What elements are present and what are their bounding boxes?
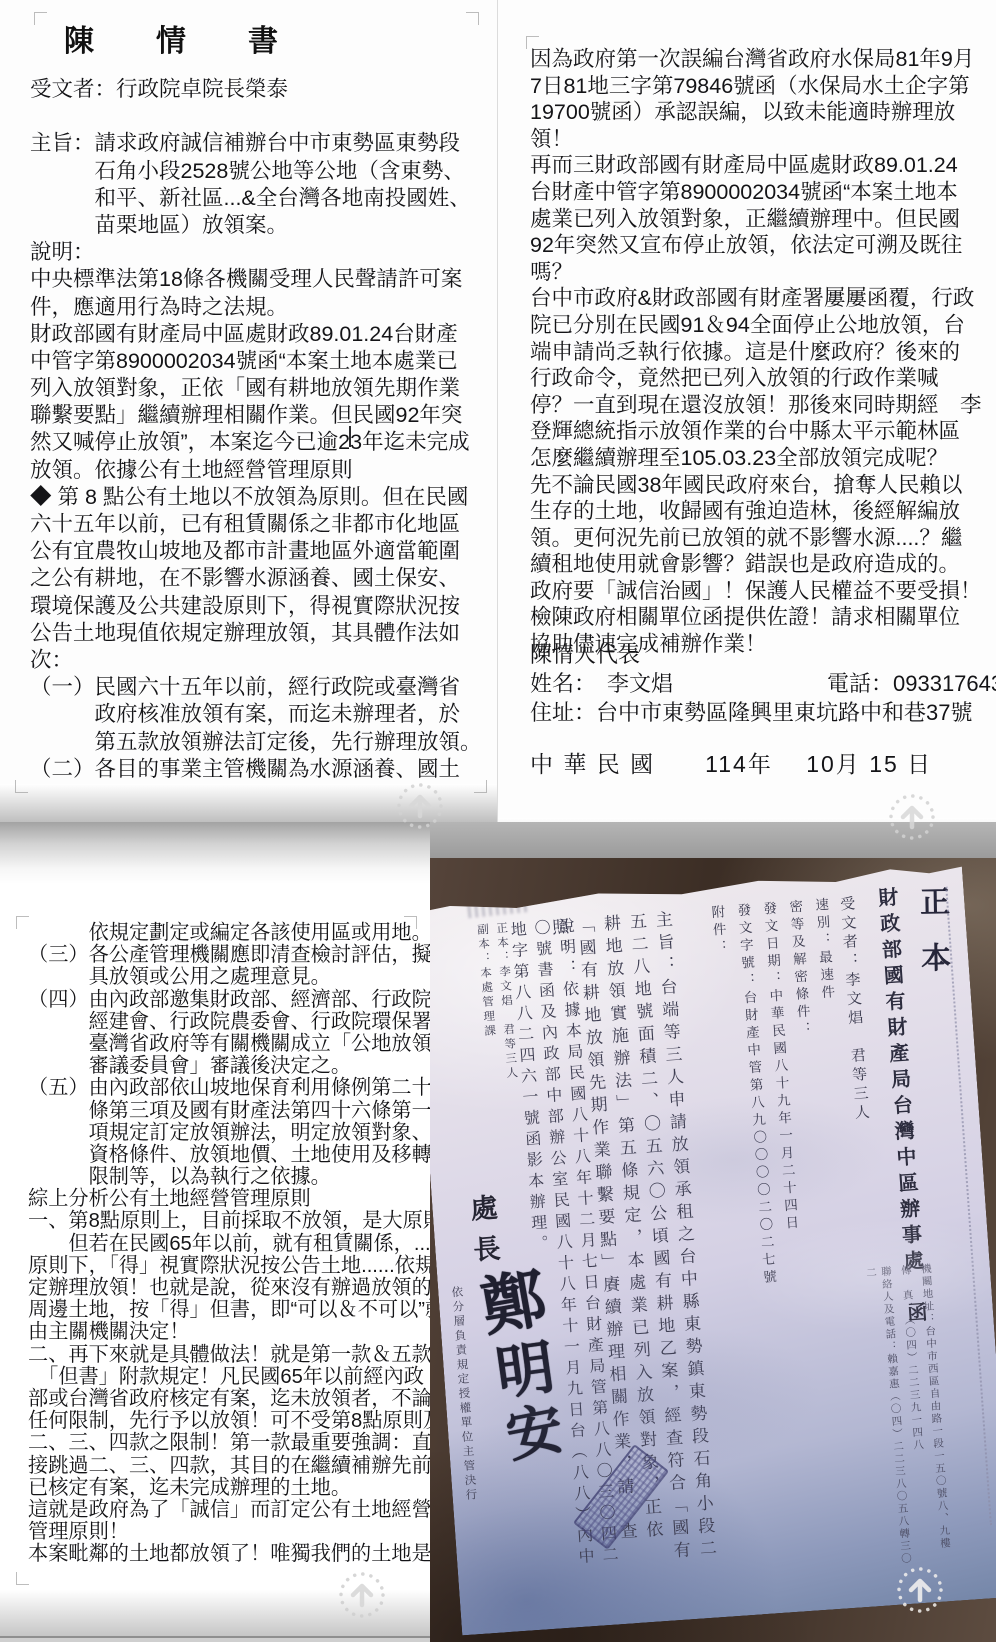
text-line: 因為政府第一次誤編台灣省政府水保局81年9月 bbox=[530, 46, 990, 73]
text-line: （一）民國六十五年以前，經行政院或臺灣省 bbox=[30, 674, 490, 701]
page-corner-mark bbox=[466, 12, 479, 25]
text-line: 經建會、行政院農委會、行政院環保署、 bbox=[28, 1011, 423, 1033]
text-line: 資格條件、放領地價、土地使用及移轉 bbox=[28, 1144, 423, 1166]
text-line: 行政命令，竟然把已列入放領的行政作業喊 bbox=[530, 365, 990, 392]
text-line: 已核定有案，迄未完成辦理的土地。 bbox=[28, 1477, 423, 1499]
petitioner-block: 陳情人代表姓名： 李文焻 電話：0933176432住址：台中市東勢區隆興里東坑… bbox=[530, 640, 990, 727]
text-line: 說明： bbox=[30, 239, 490, 266]
text-line: 19700號函）承認誤編，以致未能適時辦理放 bbox=[530, 99, 990, 126]
text-line: 依規定劃定或編定各該使用區或用地。 bbox=[28, 922, 423, 944]
delegation-note: 依分層負責規定授權單位主管決行 bbox=[448, 1285, 481, 1526]
text-line bbox=[30, 103, 490, 130]
page-corner-mark bbox=[15, 780, 28, 793]
page1-body: 受文者：行政院卓院長榮泰主旨：請求政府誠信補辦台中市東勢區東勢段 石角小段252… bbox=[30, 76, 490, 810]
text-line: 生存的土地，收歸國有強迫造林，後經解編放 bbox=[530, 498, 990, 525]
text-line: 嗎？ bbox=[530, 259, 990, 286]
up-arrow-watermark-icon bbox=[885, 790, 939, 844]
text-line: 受文者：行政院卓院長榮泰 bbox=[30, 76, 490, 103]
text-line: 檢陳政府相關單位函提供佐證！請求相關單位 bbox=[530, 604, 990, 631]
text-line: 二、三、四款之限制！第一款最重要強調：直 bbox=[28, 1432, 423, 1454]
up-arrow-watermark-icon bbox=[335, 1568, 389, 1622]
up-arrow-watermark-icon bbox=[393, 779, 447, 833]
screenshot-seam bbox=[0, 822, 430, 884]
text-line: 住址：台中市東勢區隆興里東坑路中和巷37號 bbox=[530, 698, 990, 727]
text-line: 之公有耕地，在不影響水源涵養、國土保安、 bbox=[30, 565, 490, 592]
photo-letter: 正本 財政部國有財產局台灣中區辦事處 函 機關地址：台中市西區自由路一段一五〇號… bbox=[430, 858, 996, 1642]
text-line: 再而三財政部國有財產局中區處財政89.01.24 bbox=[530, 152, 990, 179]
text-line: 次： bbox=[30, 647, 490, 674]
page-corner-mark bbox=[404, 916, 417, 929]
text-line: 政府要「誠信治國」！保護人民權益不要受損！ bbox=[530, 578, 990, 605]
text-line: 台中市政府&財政部國有財產署屢屢函覆，行政 bbox=[530, 285, 990, 312]
letter-paper: 正本 財政部國有財產局台灣中區辦事處 函 機關地址：台中市西區自由路一段一五〇號… bbox=[430, 864, 996, 1636]
page-corner-mark bbox=[474, 780, 487, 793]
text-line: 項規定訂定放領辦法，明定放領對象、 bbox=[28, 1122, 423, 1144]
text-line: 放領。依據公有土地經營管理原則 bbox=[30, 457, 490, 484]
text-cursor bbox=[349, 426, 351, 447]
text-line: 領。更何況先前已放領的就不影響水源....？繼 bbox=[530, 525, 990, 552]
text-line: 環境保護及公共建設原則下，得視實際狀況按 bbox=[30, 593, 490, 620]
text-line: 由主關機關決定！ bbox=[28, 1321, 423, 1343]
petition-page-1: 陳 情 書 受文者：行政院卓院長榮泰主旨：請求政府誠信補辦台中市東勢區東勢段 石… bbox=[0, 0, 497, 822]
text-line: 但若在民國65年以前，就有租賃關係，...... bbox=[28, 1233, 423, 1255]
page-corner-mark bbox=[526, 36, 539, 49]
page2-body: 因為政府第一次誤編台灣省政府水保局81年9月7日81地三字第79846號函（水保… bbox=[530, 46, 990, 658]
text-line: 公告土地現值依規定辦理放領，其具體作法如 bbox=[30, 620, 490, 647]
text-line: 二、再下來就是具體做法！就是第一款＆五款 bbox=[28, 1344, 423, 1366]
text-line: 然又喊停止放領”，本案迄今已逾23年迄未完成 bbox=[30, 429, 490, 456]
text-line: 條第三項及國有財產法第四十六條第一 bbox=[28, 1100, 423, 1122]
faint-ink-smudge bbox=[467, 897, 530, 918]
text-line: 怎麼繼續辦理至105.03.23全部放領完成呢？ bbox=[530, 445, 990, 472]
text-line: 六十五年以前，已有租賃關係之非都市化地區 bbox=[30, 511, 490, 538]
text-line: 臺灣省政府等有關機關成立「公地放領 bbox=[28, 1033, 423, 1055]
up-arrow-watermark-icon bbox=[893, 1563, 947, 1617]
text-line: 接跳過二、三、四款，其目的在繼續補辦先前 bbox=[28, 1455, 423, 1477]
page3-body: 依規定劃定或編定各該使用區或用地。（三）各公產管理機關應即清查檢討評估，擬 具放… bbox=[28, 922, 423, 1565]
text-line: 台財產中管字第8900002034號函“本案土地本 bbox=[530, 179, 990, 206]
screenshot-seam bbox=[0, 1638, 430, 1642]
text-line: 限制等，以為執行之依據。 bbox=[28, 1166, 423, 1188]
text-line: 部或台灣省政府核定有案，迄未放領者，不論 bbox=[28, 1388, 423, 1410]
text-line: （三）各公產管理機關應即清查檢討評估，擬 bbox=[28, 944, 423, 966]
page-corner-mark bbox=[16, 1572, 29, 1585]
text-line: 石角小段2528號公地等公地（含東勢、 bbox=[30, 158, 490, 185]
text-line: 管理原則！ bbox=[28, 1521, 423, 1543]
text-line: 第五款放領辦法訂定後，先行辦理放領。 bbox=[30, 729, 490, 756]
dotted-fold-line bbox=[945, 887, 992, 1526]
text-line: 本案毗鄰的土地都放領了！唯獨我們的土地是 bbox=[28, 1543, 423, 1565]
text-line: 領！ bbox=[530, 126, 990, 153]
text-line: 登輝總統指示放領作業的台中縣太平示範林區 bbox=[530, 418, 990, 445]
text-line: 姓名： 李文焻 電話：0933176432 bbox=[530, 669, 990, 698]
page-title: 陳 情 書 bbox=[64, 16, 294, 60]
text-line: 政府核准放領有案，而迄未辦理者，於 bbox=[30, 701, 490, 728]
letter-fields: 受文者：李文焻 君等三人速別：最速件密等及解密條件：發文日期：中華民國八十九年一… bbox=[700, 895, 898, 1504]
date-line: 中 華 民 國 114年 10月 15 日 bbox=[530, 746, 932, 779]
text-line: 中管字第8900002034號函“本案土地本處業已 bbox=[30, 348, 490, 375]
text-line: 主旨：請求政府誠信補辦台中市東勢區東勢段 bbox=[30, 130, 490, 157]
text-line: 92年突然又宣布停止放領，依法定可溯及既往 bbox=[530, 232, 990, 259]
text-line: 這就是政府為了「誠信」而訂定公有土地經營 bbox=[28, 1499, 423, 1521]
text-line: 中央標準法第18條各機關受理人民聲請許可案 bbox=[30, 266, 490, 293]
text-line: 苗栗地區）放領案。 bbox=[30, 212, 490, 239]
petition-page-2: 因為政府第一次誤編台灣省政府水保局81年9月7日81地三字第79846號函（水保… bbox=[498, 0, 996, 858]
text-line: 任何限制，先行予以放領！可不受第8點原則及 bbox=[28, 1410, 423, 1432]
text-line: 列入放領對象，正依「國有耕地放領先期作業 bbox=[30, 375, 490, 402]
text-line: （五）由內政部依山坡地保育利用條例第二十 bbox=[28, 1077, 423, 1099]
page-corner-mark bbox=[16, 916, 29, 929]
text-line: 陳情人代表 bbox=[530, 640, 990, 669]
page-corner-mark bbox=[34, 12, 47, 25]
text-line: 端申請尚乏執行依據。這是什麼政府？後來的 bbox=[530, 339, 990, 366]
text-line: 聯繫要點」繼續辦理相關作業。但民國92年突 bbox=[30, 402, 490, 429]
text-line: （四）由內政部邀集財政部、經濟部、行政院 bbox=[28, 989, 423, 1011]
text-line: 「但書」附款規定！凡民國65年以前經內政 bbox=[28, 1366, 423, 1388]
text-line: 院已分別在民國91＆94全面停止公地放領，台 bbox=[530, 312, 990, 339]
text-line: 一、第8點原則上，目前採取不放領，是大原則！ bbox=[28, 1210, 423, 1232]
text-line: 原則下，「得」視實際狀況按公告土地......依規 bbox=[28, 1255, 423, 1277]
text-line: 停？一直到現在還沒放領！那後來同時期經 李 bbox=[530, 392, 990, 419]
text-line: 件，應適用行為時之法規。 bbox=[30, 294, 490, 321]
text-line: 審議委員會」審議後決定之。 bbox=[28, 1055, 423, 1077]
text-line: 先不論民國38年國民政府來台，搶奪人民賴以 bbox=[530, 472, 990, 499]
petition-page-3: 依規定劃定或編定各該使用區或用地。（三）各公產管理機關應即清查檢討評估，擬 具放… bbox=[0, 822, 430, 1642]
text-line: 7日81地三字第79846號函（水保局水土企字第 bbox=[530, 73, 990, 100]
text-line: 周邊土地，按「得」但書，即“可以＆不可以”就 bbox=[28, 1299, 423, 1321]
text-line: 續租地使用就會影響？錯誤也是政府造成的。 bbox=[530, 551, 990, 578]
text-line: 和平、新社區...&全台灣各地南投國姓、 bbox=[30, 185, 490, 212]
text-line: ◆ 第 8 點公有土地以不放領為原則。但在民國 bbox=[30, 484, 490, 511]
text-line: 定辦理放領！也就是說，從來沒有辦過放領的 bbox=[28, 1277, 423, 1299]
text-line: 具放領或公用之處理意見。 bbox=[28, 966, 423, 988]
text-line: 處業已列入放領對象，正繼續辦理中。但民國 bbox=[530, 206, 990, 233]
text-line: 公有宜農牧山坡地及都市計畫地區外適當範圍 bbox=[30, 538, 490, 565]
text-line: 綜上分析公有土地經營管理原則 bbox=[28, 1188, 423, 1210]
text-line: 財政部國有財產局中區處財政89.01.24台財產 bbox=[30, 321, 490, 348]
